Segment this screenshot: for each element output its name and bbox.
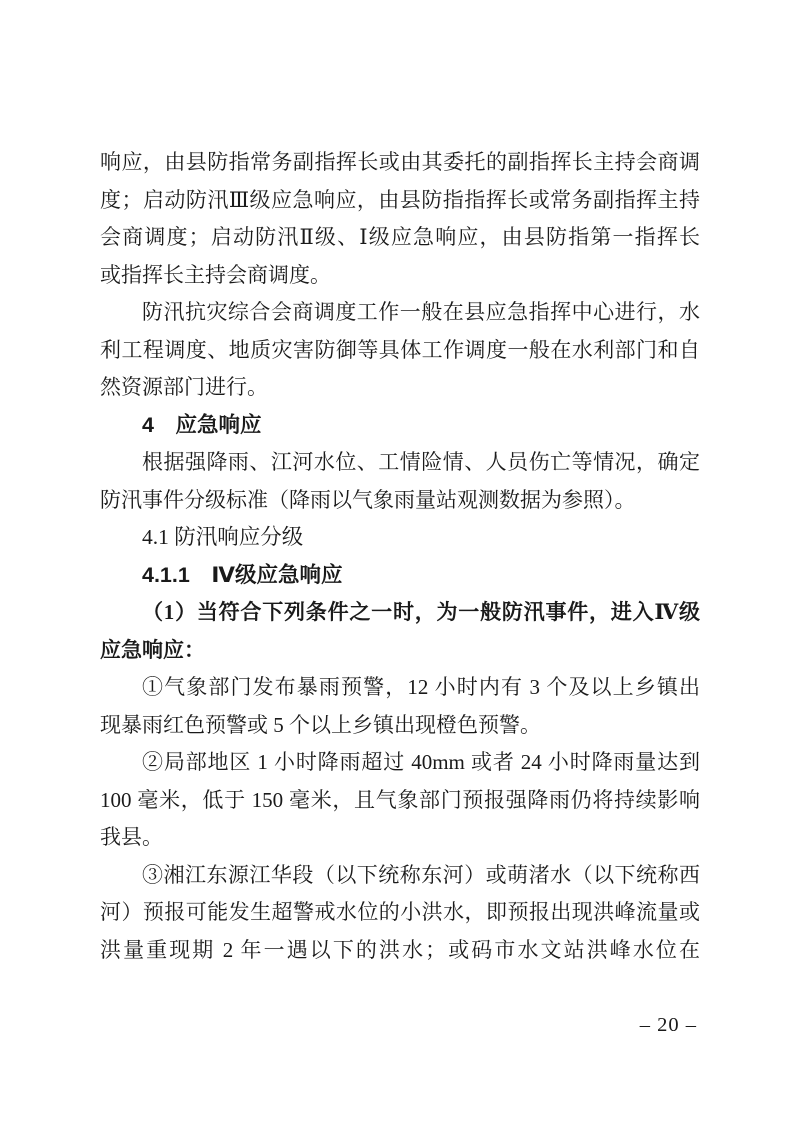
text-line: 根据强降雨、江河水位、工情险情、人员伤亡等情况，确定: [100, 444, 700, 482]
text-line: （1）当符合下列条件之一时，为一般防汛事件，进入Ⅳ级: [100, 594, 700, 632]
text-line: 会商调度；启动防汛Ⅱ级、Ⅰ级应急响应，由县防指第一指挥长: [100, 219, 700, 257]
text-line: 或指挥长主持会商调度。: [100, 257, 700, 295]
text-line: ①气象部门发布暴雨预警，12 小时内有 3 个及以上乡镇出: [100, 669, 700, 707]
text-line: 100 毫米，低于 150 毫米，且气象部门预报强降雨仍将持续影响: [100, 782, 700, 820]
paragraph-consultation-location: 防汛抗灾综合会商调度工作一般在县应急指挥中心进行，水 利工程调度、地质灾害防御等…: [100, 294, 700, 407]
text-line: 防汛抗灾综合会商调度工作一般在县应急指挥中心进行，水: [100, 294, 700, 332]
heading-emergency-response: 4 应急响应: [100, 407, 700, 445]
text-line: 洪量重现期 2 年一遇以下的洪水；或码市水文站洪峰水位在: [100, 932, 700, 970]
heading-response-grading: 4.1 防汛响应分级: [100, 519, 700, 557]
text-line: 然资源部门进行。: [100, 369, 700, 407]
text-line: 响应，由县防指常务副指挥长或由其委托的副指挥长主持会商调: [100, 144, 700, 182]
document-page: 响应，由县防指常务副指挥长或由其委托的副指挥长主持会商调 度；启动防汛Ⅲ级应急响…: [0, 0, 793, 1122]
text-line: 现暴雨红色预警或 5 个以上乡镇出现橙色预警。: [100, 707, 700, 745]
page-number: – 20 –: [640, 1012, 697, 1038]
section-heading-4-1: 4.1 防汛响应分级: [100, 519, 700, 557]
heading-level4-response: 4.1.1 Ⅳ级应急响应: [100, 557, 700, 595]
text-line: ③湘江东源江华段（以下统称东河）或萌渚水（以下统称西: [100, 857, 700, 895]
text-line: 河）预报可能发生超警戒水位的小洪水，即预报出现洪峰流量或: [100, 894, 700, 932]
condition-item-3: ③湘江东源江华段（以下统称东河）或萌渚水（以下统称西 河）预报可能发生超警戒水位…: [100, 857, 700, 970]
condition-item-1: ①气象部门发布暴雨预警，12 小时内有 3 个及以上乡镇出 现暴雨红色预警或 5…: [100, 669, 700, 744]
text-line: 我县。: [100, 819, 700, 857]
section-heading-4: 4 应急响应: [100, 407, 700, 445]
condition-item-2: ②局部地区 1 小时降雨超过 40mm 或者 24 小时降雨量达到 100 毫米…: [100, 744, 700, 857]
document-body: 响应，由县防指常务副指挥长或由其委托的副指挥长主持会商调 度；启动防汛Ⅲ级应急响…: [100, 144, 700, 969]
text-line: 度；启动防汛Ⅲ级应急响应，由县防指指挥长或常务副指挥主持: [100, 182, 700, 220]
paragraph-level4-conditions-intro: （1）当符合下列条件之一时，为一般防汛事件，进入Ⅳ级 应急响应：: [100, 594, 700, 669]
text-line: ②局部地区 1 小时降雨超过 40mm 或者 24 小时降雨量达到: [100, 744, 700, 782]
text-line: 应急响应：: [100, 632, 700, 670]
paragraph-grading-criteria: 根据强降雨、江河水位、工情险情、人员伤亡等情况，确定 防汛事件分级标准（降雨以气…: [100, 444, 700, 519]
text-line: 利工程调度、地质灾害防御等具体工作调度一般在水利部门和自: [100, 332, 700, 370]
text-line: 防汛事件分级标准（降雨以气象雨量站观测数据为参照）。: [100, 482, 700, 520]
section-heading-4-1-1: 4.1.1 Ⅳ级应急响应: [100, 557, 700, 595]
paragraph-dispatch-continuation: 响应，由县防指常务副指挥长或由其委托的副指挥长主持会商调 度；启动防汛Ⅲ级应急响…: [100, 144, 700, 294]
